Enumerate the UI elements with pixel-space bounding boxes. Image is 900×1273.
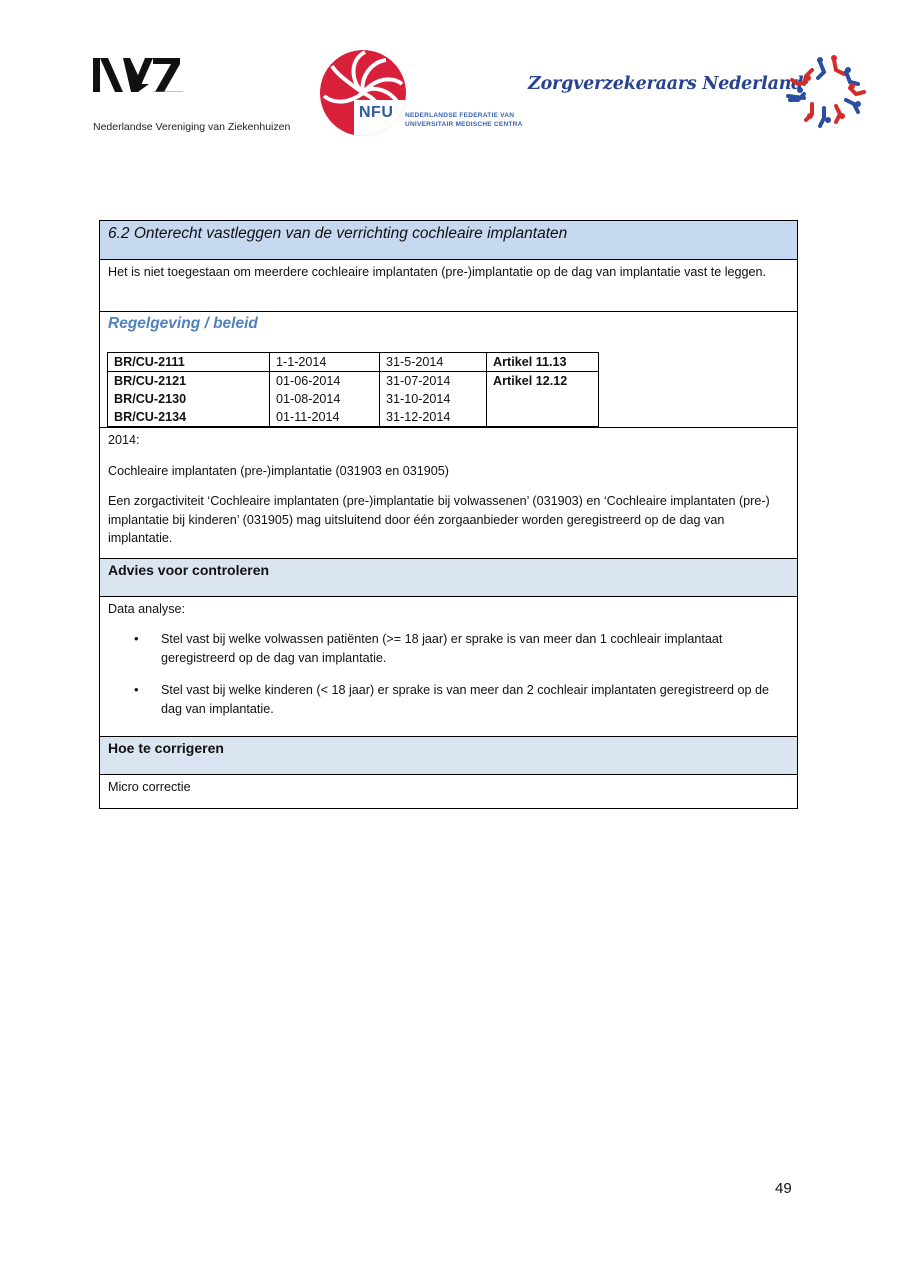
nfu-caption: NEDERLANDSE FEDERATIE VAN UNIVERSITAIR M…: [405, 111, 523, 129]
nfu-logo: NFU NEDERLANDSE FEDERATIE VAN UNIVERSITA…: [318, 48, 518, 140]
code-value: BR/CU-2134: [114, 408, 263, 426]
nvz-logo: Nederlandse Vereniging van Ziekenhuizen: [93, 58, 183, 97]
regulation-row: Regelgeving / beleid BR/CU-2111 1-1-2014…: [100, 311, 797, 427]
intro-row: Het is niet toegestaan om meerdere cochl…: [100, 259, 797, 311]
regulation-table: BR/CU-2111 1-1-2014 31-5-2014 Artikel 11…: [107, 352, 599, 427]
section-title-row: 6.2 Onterecht vastleggen van de verricht…: [100, 221, 797, 259]
code-cell: BR/CU-2111: [108, 353, 270, 372]
rule-table: 6.2 Onterecht vastleggen van de verricht…: [99, 220, 798, 809]
code-value: BR/CU-2121: [114, 372, 263, 390]
intro-text: Het is niet toegestaan om meerdere cochl…: [108, 263, 789, 282]
start-date-cell: 1-1-2014: [270, 353, 380, 372]
dancing-figures-icon: [784, 54, 866, 128]
end-date-value: 31-12-2014: [386, 408, 480, 426]
regulation-detail-row: 2014: Cochleaire implantaten (pre-)impla…: [100, 427, 797, 558]
regulation-paragraph-2: Een zorgactiviteit ‘Cochleaire implantat…: [108, 492, 789, 548]
list-item: Stel vast bij welke kinderen (< 18 jaar)…: [161, 681, 789, 718]
end-date-value: 31-10-2014: [386, 390, 480, 408]
table-row: BR/CU-2121 BR/CU-2130 BR/CU-2134 01-06-2…: [108, 372, 599, 427]
correction-heading: Hoe te corrigeren: [108, 740, 789, 756]
advice-lead: Data analyse:: [108, 600, 789, 619]
page-number: 49: [775, 1180, 792, 1197]
advice-heading-row: Advies voor controleren: [100, 558, 797, 596]
nfu-caption-line2: UNIVERSITAIR MEDISCHE CENTRA: [405, 120, 523, 129]
section-title: 6.2 Onterecht vastleggen van de verricht…: [108, 224, 789, 243]
correction-row: Micro correctie: [100, 774, 797, 808]
code-cell: BR/CU-2121 BR/CU-2130 BR/CU-2134: [108, 372, 270, 427]
zorgverzekeraars-wordmark: Zorgverzekeraars Nederland: [528, 74, 803, 94]
table-row: BR/CU-2111 1-1-2014 31-5-2014 Artikel 11…: [108, 353, 599, 372]
nvz-caption: Nederlandse Vereniging van Ziekenhuizen: [93, 121, 323, 133]
correction-heading-row: Hoe te corrigeren: [100, 736, 797, 774]
start-date-value: 01-11-2014: [276, 408, 373, 426]
list-item: Stel vast bij welke volwassen patiënten …: [161, 630, 789, 667]
advice-list: Stel vast bij welke volwassen patiënten …: [108, 630, 789, 718]
correction-text: Micro correctie: [108, 778, 789, 797]
regulation-paragraph-1: Cochleaire implantaten (pre-)implantatie…: [108, 462, 789, 481]
code-value: BR/CU-2130: [114, 390, 263, 408]
end-date-cell: 31-07-2014 31-10-2014 31-12-2014: [380, 372, 487, 427]
zorgverzekeraars-logo: Zorgverzekeraars Nederland: [528, 54, 873, 134]
nfu-caption-line1: NEDERLANDSE FEDERATIE VAN: [405, 111, 523, 120]
end-date-cell: 31-5-2014: [380, 353, 487, 372]
regulation-heading: Regelgeving / beleid: [108, 315, 789, 333]
end-date-value: 31-07-2014: [386, 372, 480, 390]
nfu-mark: NFU: [359, 104, 393, 122]
article-cell: Artikel 12.12: [487, 372, 599, 427]
article-cell: Artikel 11.13: [487, 353, 599, 372]
year-label: 2014:: [108, 431, 789, 450]
start-date-value: 01-06-2014: [276, 372, 373, 390]
advice-heading: Advies voor controleren: [108, 562, 789, 578]
start-date-value: 01-08-2014: [276, 390, 373, 408]
start-date-cell: 01-06-2014 01-08-2014 01-11-2014: [270, 372, 380, 427]
nvz-logo-mark-icon: [93, 58, 183, 92]
advice-row: Data analyse: Stel vast bij welke volwas…: [100, 596, 797, 737]
nfu-swirl-icon: [320, 50, 406, 136]
